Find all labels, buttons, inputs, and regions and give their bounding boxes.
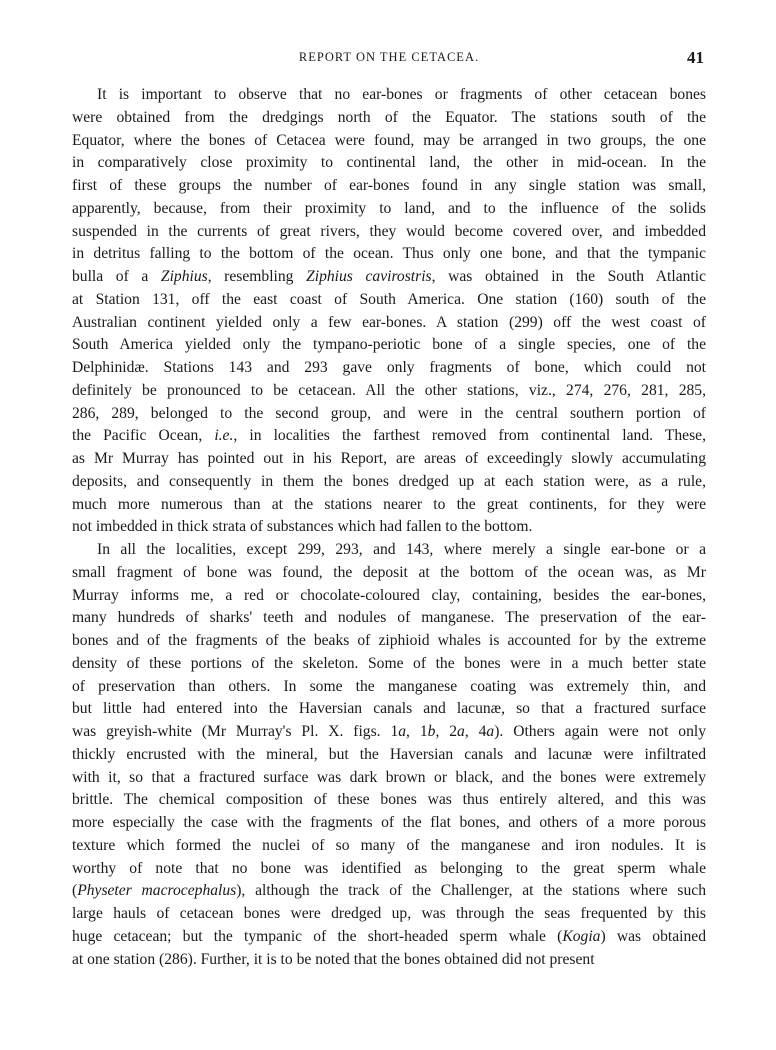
text-segment: but little had entered into the Haversia… [72,700,706,717]
text-segment: , resembling [208,268,306,285]
text-segment: the Pacific Ocean, [72,427,214,444]
document-page: REPORT ON THE CETACEA. 41 It is importan… [0,0,776,1050]
italic-term: Ziphius cavirostris [306,268,432,285]
body-text: It is important to observe that no ear-b… [72,84,706,971]
text-segment: , 2 [435,723,457,740]
text-line: much more numerous than at the stations … [72,494,706,517]
text-line: more especially the case with the fragme… [72,812,706,835]
text-line: thickly encrusted with the mineral, but … [72,744,706,767]
text-segment: deposits, and consequently in them the b… [72,473,706,490]
text-segment: suspended in the currents of great river… [72,223,706,240]
text-line: but little had entered into the Haversia… [72,698,706,721]
text-segment: large hauls of cetacean bones were dredg… [72,905,706,922]
italic-term: a [398,723,406,740]
text-line: in comparatively close proximity to cont… [72,152,706,175]
text-segment: , in localities the farthest removed fro… [233,427,706,444]
text-line: first of these groups the number of ear-… [72,175,706,198]
text-line: in detritus falling to the bottom of the… [72,243,706,266]
text-line: at Station 131, off the east coast of So… [72,289,706,312]
text-segment: definitely be pronounced to be cetacean.… [72,382,706,399]
text-line: Murray informs me, a red or chocolate-co… [72,585,706,608]
text-line: as Mr Murray has pointed out in his Repo… [72,448,706,471]
text-segment: much more numerous than at the stations … [72,496,706,513]
text-segment: South America yielded only the tympano-p… [72,336,706,353]
text-line: bulla of a Ziphius, resembling Ziphius c… [72,266,706,289]
text-segment: were obtained from the dredgings north o… [72,109,706,126]
text-line: It is important to observe that no ear-b… [72,84,706,107]
text-segment: bones and of the fragments of the beaks … [72,632,706,649]
paragraph: In all the localities, except 299, 293, … [72,539,706,971]
page-number: 41 [687,46,704,70]
text-line: Equator, where the bones of Cetacea were… [72,130,706,153]
text-segment: , 4 [465,723,487,740]
italic-term: i.e. [214,427,233,444]
text-line: South America yielded only the tympano-p… [72,334,706,357]
text-line: not imbedded in thick strata of substanc… [72,516,706,539]
text-segment: of preservation than others. In some the… [72,678,706,695]
text-segment: huge cetacean; but the tympanic of the s… [72,928,562,945]
text-segment: as Mr Murray has pointed out in his Repo… [72,450,706,467]
text-line: the Pacific Ocean, i.e., in localities t… [72,425,706,448]
text-line: were obtained from the dredgings north o… [72,107,706,130]
italic-term: a [457,723,465,740]
text-line: suspended in the currents of great river… [72,221,706,244]
text-line: In all the localities, except 299, 293, … [72,539,706,562]
text-line: large hauls of cetacean bones were dredg… [72,903,706,926]
text-segment: , 1 [406,723,428,740]
text-line: bones and of the fragments of the beaks … [72,630,706,653]
italic-term: Ziphius [161,268,208,285]
text-segment: ), although the track of the Challenger,… [236,882,706,899]
text-line: Delphinidæ. Stations 143 and 293 gave on… [72,357,706,380]
text-segment: more especially the case with the fragme… [72,814,706,831]
text-segment: small fragment of bone was found, the de… [72,564,706,581]
running-header: REPORT ON THE CETACEA. 41 [72,46,706,68]
text-segment: with it, so that a fractured surface was… [72,769,706,786]
text-segment: thickly encrusted with the mineral, but … [72,746,706,763]
text-line: was greyish-white (Mr Murray's Pl. X. fi… [72,721,706,744]
text-segment: It is important to observe that no ear-b… [97,86,706,103]
text-segment: in detritus falling to the bottom of the… [72,245,706,262]
text-segment: density of these portions of the skeleto… [72,655,706,672]
text-segment: texture which formed the nuclei of so ma… [72,837,706,854]
text-segment: Equator, where the bones of Cetacea were… [72,132,706,149]
text-segment: apparently, because, from their proximit… [72,200,706,217]
running-title: REPORT ON THE CETACEA. [72,46,706,68]
paragraph: It is important to observe that no ear-b… [72,84,706,539]
text-segment: Delphinidæ. Stations 143 and 293 gave on… [72,359,706,376]
text-segment: 286, 289, belonged to the second group, … [72,405,706,422]
text-segment: worthy of note that no bone was identifi… [72,860,706,877]
text-segment: , was obtained in the South Atlantic [432,268,706,285]
text-segment: brittle. The chemical composition of the… [72,791,706,808]
text-line: deposits, and consequently in them the b… [72,471,706,494]
text-segment: Murray informs me, a red or chocolate-co… [72,587,706,604]
text-segment: not imbedded in thick strata of substanc… [72,518,532,535]
text-segment: bulla of a [72,268,161,285]
text-segment: in comparatively close proximity to cont… [72,154,706,171]
text-line: with it, so that a fractured surface was… [72,767,706,790]
text-segment: many hundreds of sharks' teeth and nodul… [72,609,706,626]
text-line: worthy of note that no bone was identifi… [72,858,706,881]
italic-term: Physeter macrocephalus [77,882,236,899]
text-segment: In all the localities, except 299, 293, … [97,541,706,558]
text-segment: first of these groups the number of ear-… [72,177,706,194]
text-line: density of these portions of the skeleto… [72,653,706,676]
text-line: 286, 289, belonged to the second group, … [72,403,706,426]
text-segment: ) was obtained [600,928,706,945]
text-line: small fragment of bone was found, the de… [72,562,706,585]
text-line: of preservation than others. In some the… [72,676,706,699]
text-line: at one station (286). Further, it is to … [72,949,706,972]
text-segment: was greyish-white (Mr Murray's Pl. X. fi… [72,723,398,740]
italic-term: Kogia [562,928,600,945]
text-line: huge cetacean; but the tympanic of the s… [72,926,706,949]
text-line: many hundreds of sharks' teeth and nodul… [72,607,706,630]
text-line: brittle. The chemical composition of the… [72,789,706,812]
text-segment: ). Others again were not only [494,723,706,740]
text-line: texture which formed the nuclei of so ma… [72,835,706,858]
text-line: definitely be pronounced to be cetacean.… [72,380,706,403]
text-segment: at one station (286). Further, it is to … [72,951,595,968]
text-segment: Australian continent yielded only a few … [72,314,706,331]
text-line: Australian continent yielded only a few … [72,312,706,335]
text-segment: at Station 131, off the east coast of So… [72,291,706,308]
text-line: apparently, because, from their proximit… [72,198,706,221]
text-line: (Physeter macrocephalus), although the t… [72,880,706,903]
